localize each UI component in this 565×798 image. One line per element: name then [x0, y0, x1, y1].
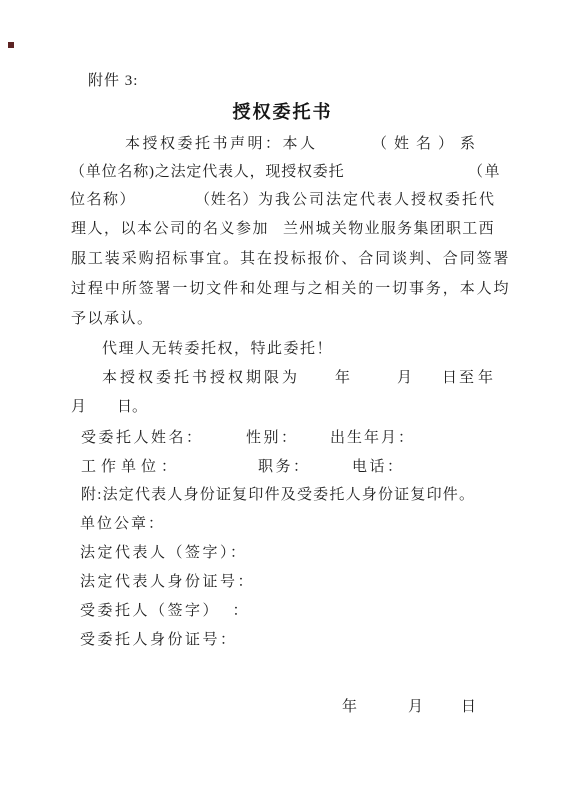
validity-lead: 本授权委托书授权期限为: [102, 370, 300, 387]
validity-year1: 年: [335, 370, 350, 387]
date-year-label: 年: [342, 699, 357, 716]
body-line4-lead: 理人，以本公司的名义参加: [71, 221, 269, 238]
agent-birth-label: 出生年月：: [330, 430, 415, 447]
body-line1-name-hint: （姓名）系: [372, 136, 482, 153]
agent-phone-label: 电话：: [352, 459, 405, 476]
validity-month2: 月: [71, 399, 86, 416]
body-line5: 服工装采购招标事宜。其在投标报价、合同谈判、合同签署: [71, 251, 510, 268]
no-subdelegation-line: 代理人无转委托权，特此委托！: [102, 341, 333, 358]
agent-id-label: 受委托人身份证号：: [80, 632, 238, 649]
attachment-label: 附件 3:: [88, 73, 138, 90]
body-line7: 予以承认。: [71, 311, 154, 328]
legal-rep-sign-label: 法定代表人（签字）：: [80, 545, 248, 562]
validity-day2: 日。: [117, 399, 147, 416]
body-line1-lead: 本授权委托书声明：本人: [125, 136, 318, 153]
agent-work-label: 工作单位：: [81, 459, 181, 476]
body-line2-lead: （单位名称)之法定代表人，现授权委托: [70, 164, 344, 181]
agent-gender-label: 性别：: [246, 430, 299, 447]
agent-position-label: 职务：: [258, 459, 311, 476]
attachment-note: 附:法定代表人身份证复印件及受委托人身份证复印件。: [81, 487, 475, 504]
body-line4-project: 兰州城关物业服务集团职工西: [283, 221, 495, 238]
document-title: 授权委托书: [0, 98, 565, 124]
body-line3-name-hint: （姓名）: [195, 192, 258, 209]
body-line3-tail: 为我公司法定代表人授权委托代: [258, 192, 496, 209]
validity-month1: 月: [397, 370, 412, 387]
agent-sign-label: 受委托人（签字） ：: [80, 603, 250, 620]
document-page: 附件 3: 授权委托书 本授权委托书声明：本人 （姓名）系 （单位名称)之法定代…: [0, 0, 565, 798]
date-month-label: 月: [408, 699, 423, 716]
date-day-label: 日: [461, 699, 476, 716]
validity-year2: 年: [478, 370, 493, 387]
body-line2-tail: （单: [468, 164, 501, 181]
legal-rep-id-label: 法定代表人身份证号：: [80, 574, 255, 591]
body-line3-unit-hint: 位名称）: [70, 192, 136, 209]
validity-day-to: 日至: [442, 370, 476, 387]
body-line6: 过程中所签署一切文件和处理与之相关的一切事务，本人均: [71, 281, 510, 298]
page-edge-artifact: [8, 42, 14, 48]
unit-seal-label: 单位公章：: [80, 516, 165, 533]
agent-name-label: 受委托人姓名：: [81, 430, 204, 447]
